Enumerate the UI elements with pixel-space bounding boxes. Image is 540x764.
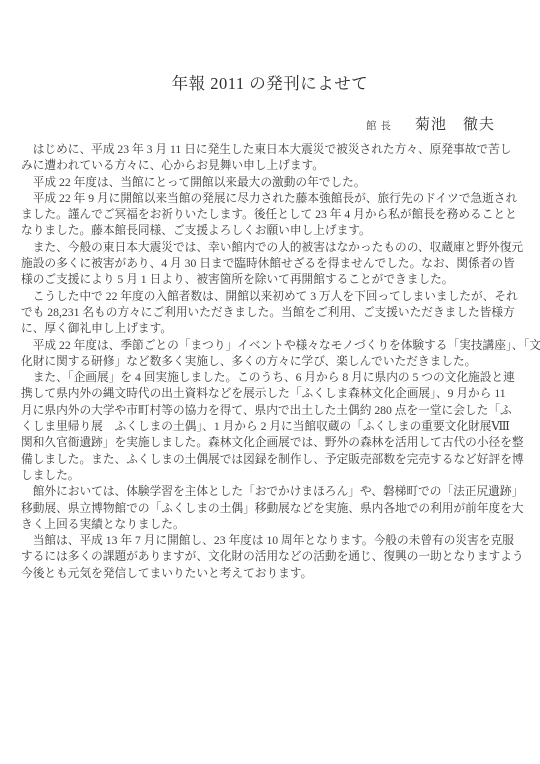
byline: 館長 菊池 徹夫 xyxy=(366,113,495,134)
body-line: 月に県内外の大学や市町村等の協力を得て、県内で出土した土偶約 280 点を一堂に… xyxy=(21,403,526,419)
body-line: 当館は、平成 13 年 7 月に開館し、23 年度は 10 周年となります。今般… xyxy=(21,533,526,549)
body-line: また、「企画展」を 4 回実施しました。このうち、6 月から 8 月に県内の 5… xyxy=(21,370,526,386)
body-line: 施設の多くに被害があり、4 月 30 日まで臨時休館せざるを得ませんでした。なお… xyxy=(21,256,526,272)
body-line: 様のご支援により 5 月 1 日より、被害箇所を除いて再開館することができました… xyxy=(21,272,526,288)
body-line: 関和久官衙遺跡」を実施しました。森林文化企画展では、野外の森林を活用して古代の小… xyxy=(21,435,526,451)
author-role: 館長 xyxy=(366,118,395,133)
body-line: 化財に関する研修」など数多く実施し、多くの方々に学び、楽しんでいただきました。 xyxy=(21,354,526,370)
body-line: 平成 22 年度は、当館にとって開館以来最大の激動の年でした。 xyxy=(21,175,526,191)
body-line: はじめに、平成 23 年 3 月 11 日に発生した東日本大震災で被災された方々… xyxy=(21,142,526,158)
body-line: するには多くの課題がありますが、文化財の活用などの活動を通じ、復興の一助となりま… xyxy=(21,549,526,565)
document-body: はじめに、平成 23 年 3 月 11 日に発生した東日本大震災で被災された方々… xyxy=(21,142,526,582)
body-line: 携して県内外の縄文時代の出土資料などを展示した「ふくしま森林文化企画展」、9 月… xyxy=(21,386,526,402)
body-line: 備しました。また、ふくしまの土偶展では図録を制作し、予定販売部数を完売するなど好… xyxy=(21,452,526,468)
body-line: ました。謹んでご冥福をお祈りいたします。後任として 23 年 4 月から私が館長… xyxy=(21,207,526,223)
body-line: 移動展、県立博物館での「ふくしまの土偶」移動展などを実施、県内各地での利用が前年… xyxy=(21,501,526,517)
page-title: 年報 2011 の発刊によせて xyxy=(0,70,540,94)
body-line: でも 28,231 名もの方々にご利用いただきました。当館をご利用、ご支援いただ… xyxy=(21,305,526,321)
body-line: 館外においては、体験学習を主体とした「おでかけまほろん」や、磐梯町での「法正尻遺… xyxy=(21,484,526,500)
body-line: しました。 xyxy=(21,468,526,484)
body-line: 平成 22 年 9 月に開館以来当館の発展に尽力された藤本強館長が、旅行先のドイ… xyxy=(21,191,526,207)
body-line: くしま里帰り展 ふくしまの土偶」、1 月から 2 月に当館収蔵の「ふくしまの重要… xyxy=(21,419,526,435)
body-line: こうした中で 22 年度の入館者数は、開館以来初めて 3 万人を下回ってしまいま… xyxy=(21,289,526,305)
body-line: 平成 22 年度は、季節ごとの「まつり」イベントや様々なモノづくりを体験する「実… xyxy=(21,338,526,354)
body-line: きく上回る実績となりました。 xyxy=(21,517,526,533)
body-line: 今後とも元気を発信してまいりたいと考えております。 xyxy=(21,566,526,582)
document-page: 年報 2011 の発刊によせて 館長 菊池 徹夫 はじめに、平成 23 年 3 … xyxy=(0,0,540,764)
body-line: なりました。藤本館長同様、ご支援よろしくお願い申し上げます。 xyxy=(21,223,526,239)
body-line: みに遭われている方々に、心からお見舞い申し上げます。 xyxy=(21,158,526,174)
author-name: 菊池 徹夫 xyxy=(415,113,495,134)
body-line: また、今般の東日本大震災では、幸い館内での人的被害はなかったものの、収蔵庫と野外… xyxy=(21,240,526,256)
body-line: に、厚く御礼申し上げます。 xyxy=(21,321,526,337)
